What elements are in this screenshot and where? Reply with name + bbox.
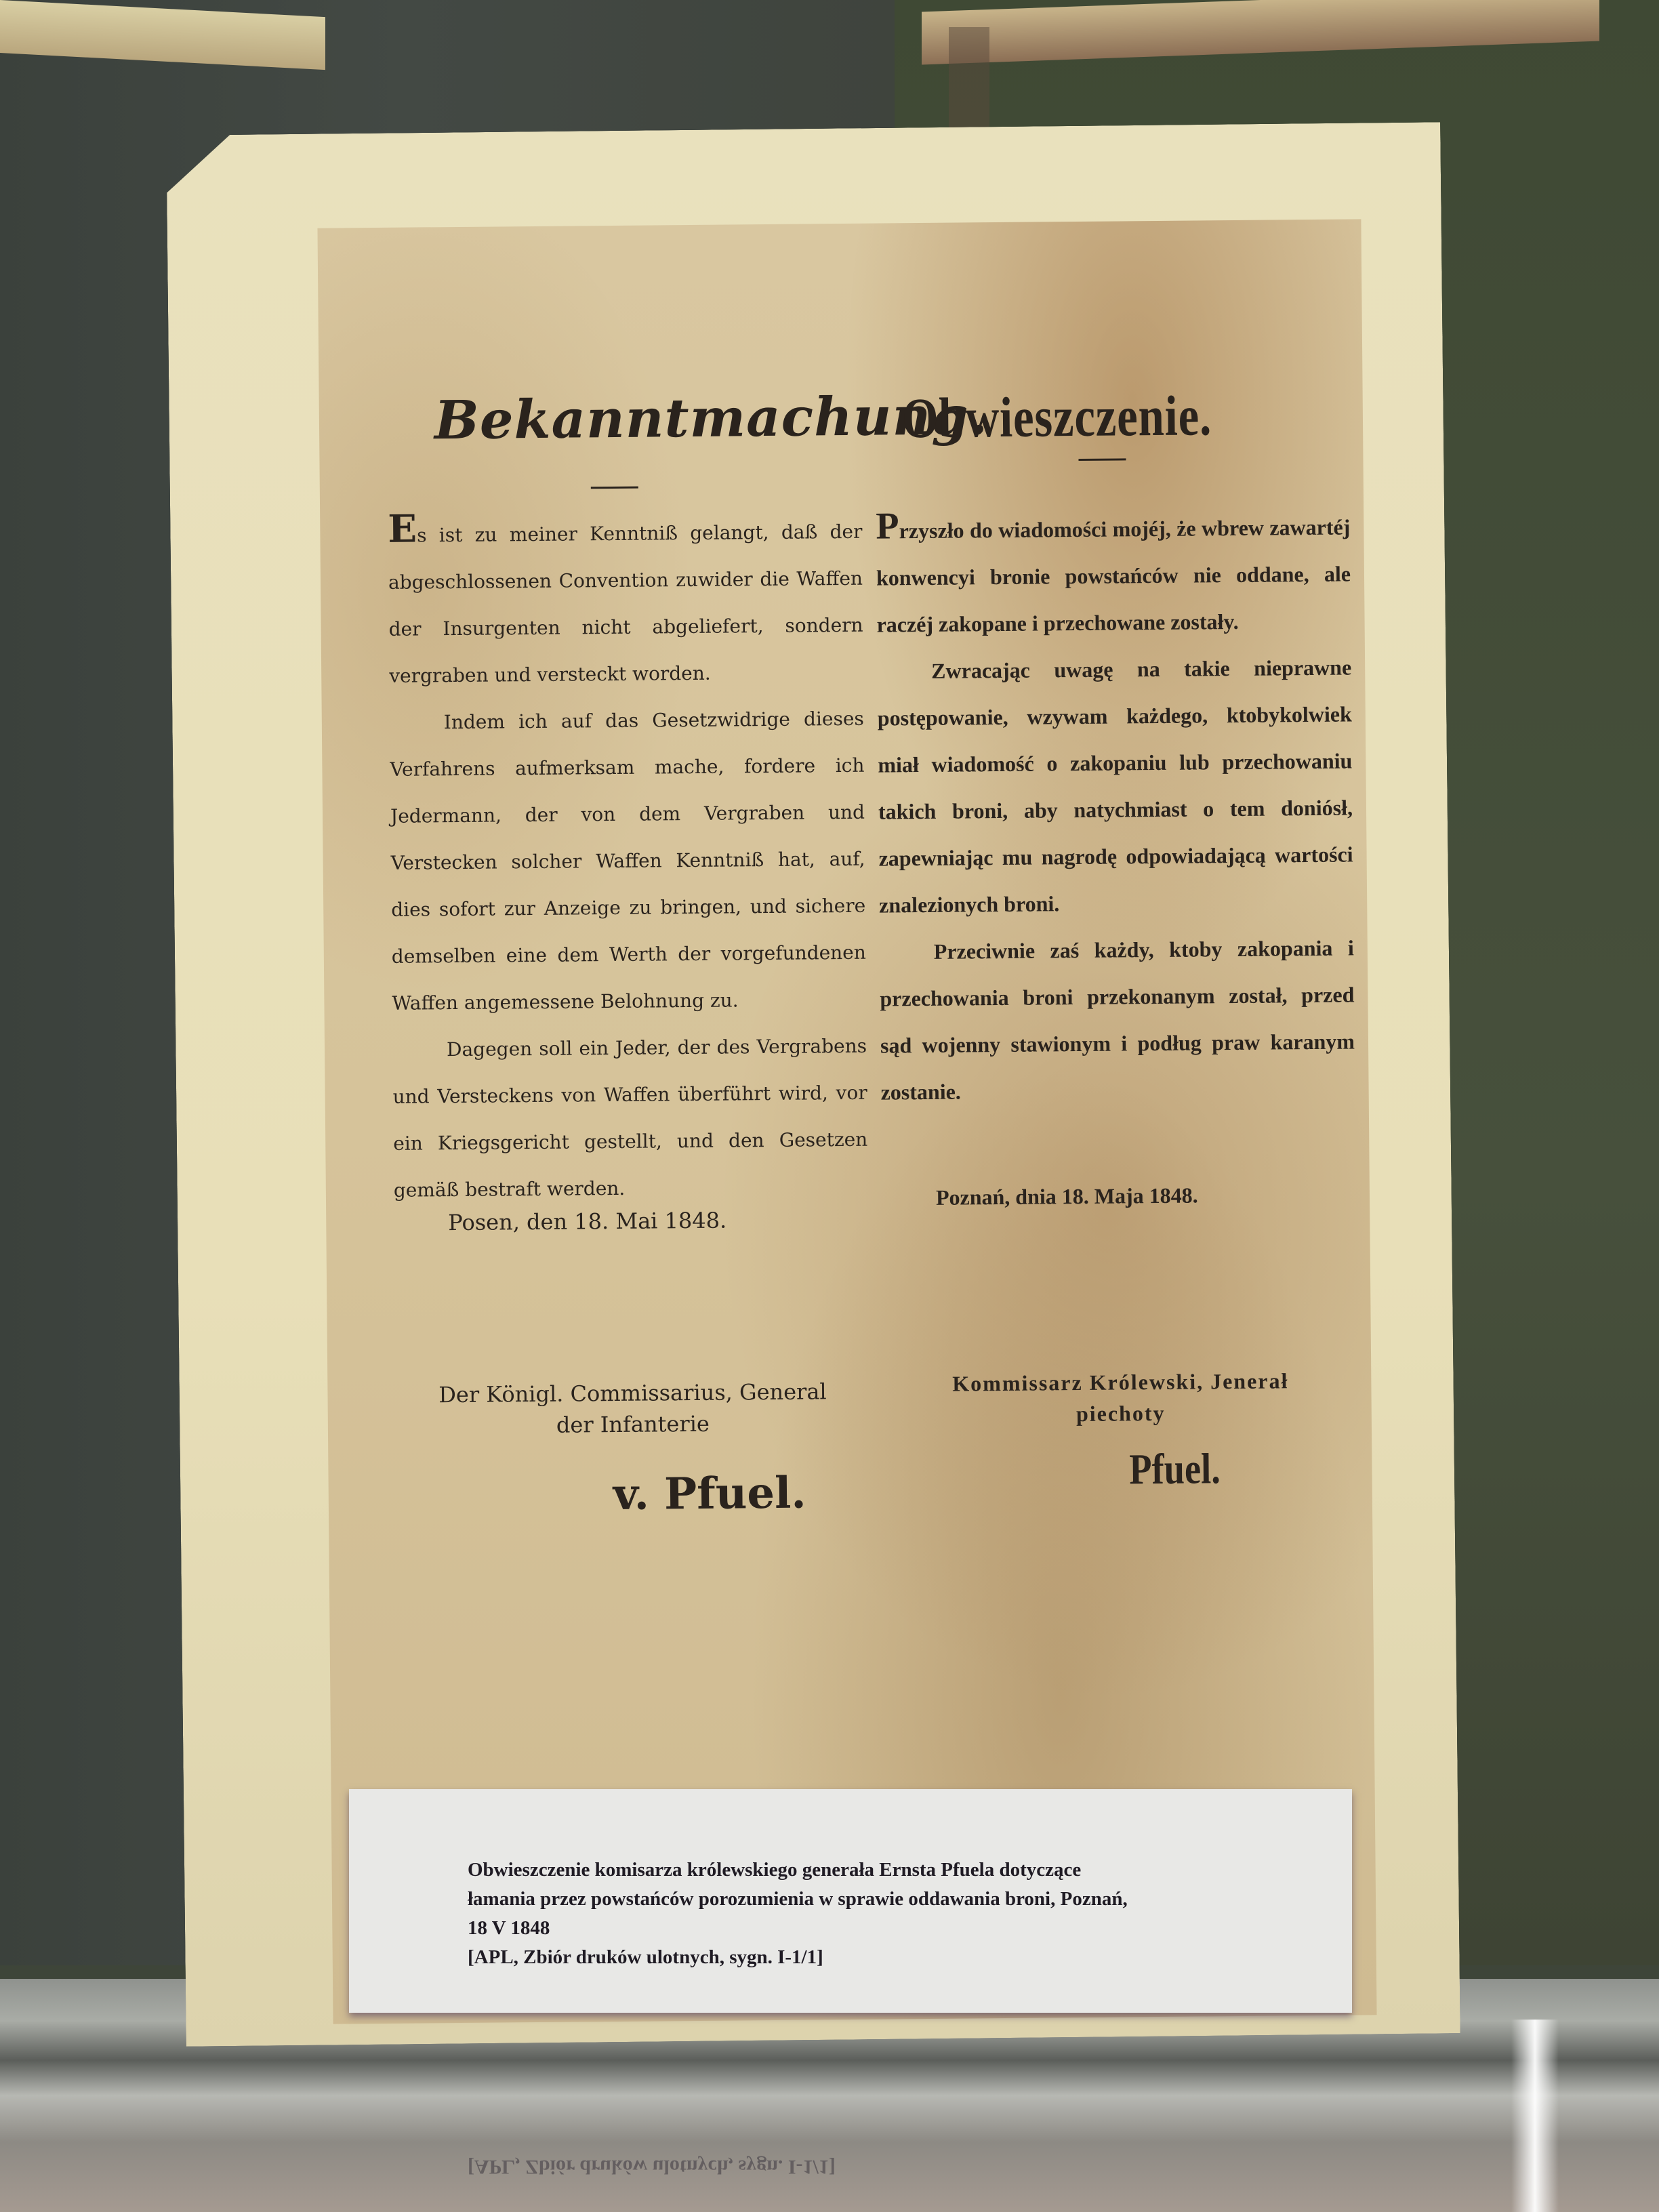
polish-date: Poznań, dnia 18. Maja 1848.	[936, 1183, 1198, 1210]
german-body: Es ist zu meiner Kenntniß gelangt, daß d…	[388, 508, 868, 1214]
polish-paragraph-3: Przeciwnie zaś każdy, ktoby zakopania i …	[880, 924, 1355, 1115]
polish-signature-name: Pfuel.	[1129, 1443, 1221, 1494]
german-date: Posen, den 18. Mai 1848.	[448, 1208, 726, 1236]
caption-line-4: [APL, Zbiór druków ulotnych, sygn. I-1/1…	[468, 1943, 1247, 1972]
polish-dropcap: P	[876, 505, 899, 547]
polish-paragraph-2: Zwracając uwagę na takie nieprawne postę…	[877, 644, 1354, 928]
german-signature-title: Der Königl. Commissarius, General der In…	[395, 1376, 870, 1442]
german-paragraph-1: Es ist zu meiner Kenntniß gelangt, daß d…	[388, 508, 863, 699]
caption-line-2: łamania przez powstańców porozumienia w …	[468, 1885, 1247, 1914]
caption-text: Obwieszczenie komisarza królewskiego gen…	[468, 1856, 1247, 1972]
caption-reflection: [APL, Zbiór druków ulotnych, sygn. I-1/1…	[468, 2155, 836, 2178]
polish-paragraph-1: Przyszło do wiadomości mojéj, że wbrew z…	[876, 504, 1351, 648]
german-signature-name: v. Pfuel.	[613, 1468, 806, 1520]
german-paragraph-3: Dagegen soll ein Jeder, der des Vergrabe…	[392, 1023, 868, 1214]
german-paragraph-2: Indem ich auf das Gesetzwidrige dieses V…	[390, 695, 867, 1027]
german-title-rule	[591, 487, 638, 489]
caption-line-3: 18 V 1848	[468, 1914, 1247, 1943]
caption-line-1: Obwieszczenie komisarza królewskiego gen…	[468, 1856, 1247, 1885]
german-dropcap: E	[388, 507, 417, 552]
polish-signature-title: Kommissarz Królewski, Jenerał piechoty	[883, 1364, 1358, 1431]
museum-caption-label: Obwieszczenie komisarza królewskiego gen…	[349, 1789, 1352, 2013]
polish-title: Obwieszczenie.	[902, 383, 1212, 451]
glass-glare	[1511, 2020, 1559, 2212]
polish-title-rule	[1078, 458, 1126, 461]
poster-document: Bekanntmachung. Es ist zu meiner Kenntni…	[317, 219, 1376, 2024]
polish-body: Przyszło do wiadomości mojéj, że wbrew z…	[876, 504, 1355, 1115]
